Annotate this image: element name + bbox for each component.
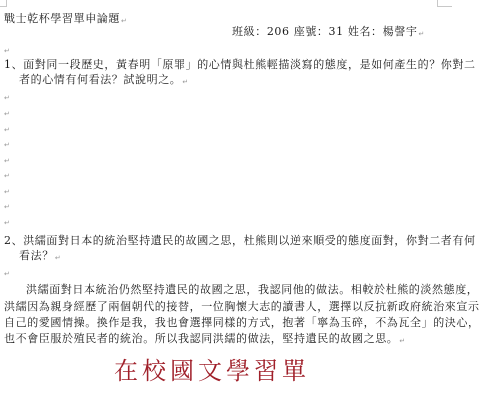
answer-2-text: 洪繻面對日本統治仍然堅持遺民的故國之思，我認同他的做法。相較於杜熊的淡然態度， [26, 283, 478, 296]
question-1-text: 1、面對同一段歷史，黃春明「原罪」的心情與杜熊輕描淡寫的態度，是如何產生的？你對… [4, 58, 476, 71]
answer-2-text: 洪繻因為親身經歷了兩個朝代的接替，一位胸懷大志的讀書人，選擇以反抗新政府統治來宣… [4, 300, 480, 313]
name-label: 姓名： [348, 25, 383, 38]
footer-stamp: 在校國文學習單 [114, 356, 310, 386]
margin-corner-mark [0, 0, 7, 7]
seat-label: 座號： [294, 25, 329, 38]
answer-2-line: 洪繻因為親身經歷了兩個朝代的接替，一位胸懷大志的讀書人，選擇以反抗新政府統治來宣… [4, 300, 480, 314]
paragraph-mark-icon: ↵ [399, 337, 405, 345]
answer-2-line: 也不會臣服於殖民者的統治。所以我認同洪繻的做法，堅持遺民的故國之思。↵ [4, 332, 406, 348]
answer-2-line: 洪繻面對日本統治仍然堅持遺民的故國之思，我認同他的做法。相較於杜熊的淡然態度， [26, 283, 478, 297]
answer-2-text: 自己的愛國情操。換作是我，我也會選擇同樣的方式，抱著「寧為玉碎，不為瓦全」的決心… [4, 316, 480, 329]
question-2-line-1: 2、洪繻面對日本的統治堅持遺民的故國之思，杜熊則以逆來順受的態度面對，你對二者有… [4, 234, 476, 248]
paragraph-mark-icon: ↵ [4, 203, 10, 211]
student-info: 班級：206 座號：31 姓名：楊謦宇↵ [232, 25, 425, 41]
class-label: 班級： [232, 25, 267, 38]
seat-value: 31 [329, 25, 344, 38]
paragraph-mark-icon: ↵ [4, 270, 10, 278]
class-value: 206 [267, 25, 290, 38]
paragraph-mark-icon: ↵ [182, 78, 188, 86]
question-1-text: 者的心情有何看法？試說明之。 [19, 73, 181, 86]
paragraph-mark-icon: ↵ [4, 188, 10, 196]
paragraph-mark-icon: ↵ [4, 219, 10, 227]
paragraph-mark-icon: ↵ [4, 126, 10, 134]
paragraph-mark-icon: ↵ [4, 157, 10, 165]
margin-corner-mark [437, 0, 452, 7]
name-value: 楊謦宇 [383, 25, 418, 38]
question-1-line-2: 者的心情有何看法？試說明之。↵ [19, 73, 189, 89]
question-2-text: 看法？ [19, 249, 54, 262]
question-1-line-1: 1、面對同一段歷史，黃春明「原罪」的心情與杜熊輕描淡寫的態度，是如何產生的？你對… [4, 58, 476, 72]
paragraph-mark-icon: ↵ [4, 47, 10, 55]
paragraph-mark-icon: ↵ [4, 110, 10, 118]
document-title: 戰士乾杯學習單申論題↵ [4, 12, 127, 28]
question-2-line-2: 看法？↵ [19, 249, 61, 265]
paragraph-mark-icon: ↵ [418, 30, 424, 38]
paragraph-mark-icon: ↵ [121, 17, 127, 25]
paragraph-mark-icon: ↵ [55, 254, 61, 262]
answer-2-line: 自己的愛國情操。換作是我，我也會選擇同樣的方式，抱著「寧為玉碎，不為瓦全」的決心… [4, 316, 480, 330]
title-text: 戰士乾杯學習單申論題 [4, 12, 120, 25]
paragraph-mark-icon: ↵ [4, 94, 10, 102]
answer-2-text: 也不會臣服於殖民者的統治。所以我認同洪繻的做法，堅持遺民的故國之思。 [4, 332, 398, 345]
paragraph-mark-icon: ↵ [4, 172, 10, 180]
question-2-text: 2、洪繻面對日本的統治堅持遺民的故國之思，杜熊則以逆來順受的態度面對，你對二者有… [4, 234, 476, 247]
paragraph-mark-icon: ↵ [4, 141, 10, 149]
